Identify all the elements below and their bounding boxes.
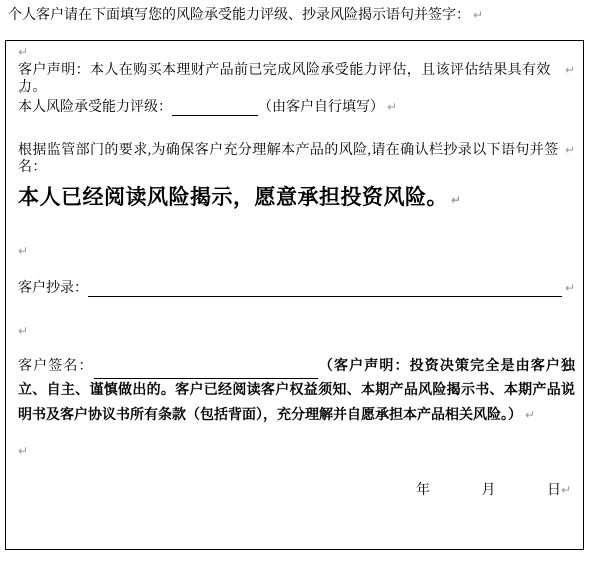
signature-paragraph: 客户签名：（客户声明：投资决策完全是由客户独立、自主、谨慎做出的。客户已经阅读客… — [18, 355, 575, 428]
risk-rating-input[interactable] — [172, 101, 258, 116]
instruction-line: 根据监管部门的要求,为确保客户充分理解本产品的风险,请在确认栏抄录以下语句并签名… — [18, 142, 575, 176]
paragraph-mark-icon: ↵ — [561, 483, 571, 497]
date-line: 年 月 日↵ — [18, 482, 575, 499]
signature-input[interactable] — [94, 364, 318, 379]
paragraph-mark-icon: ↵ — [565, 280, 575, 297]
client-declaration-line: 客户声明：本人在购买本理财产品前已完成风险承受能力评估，且该评估结果具有效力。 … — [18, 62, 575, 96]
client-copy-label: 客户抄录： — [18, 280, 88, 297]
paragraph-mark-icon: ↵ — [18, 45, 28, 59]
paragraph-mark-icon: ↵ — [473, 8, 483, 22]
paragraph-mark-icon: ↵ — [18, 324, 28, 338]
date-day-label: 日 — [547, 483, 561, 498]
date-year-label: 年 — [416, 483, 430, 498]
form-header: 个人客户请在下面填写您的风险承受能力评级、抄录风险揭示语句并签字：↵ — [8, 6, 483, 25]
document-page: 个人客户请在下面填写您的风险承受能力评级、抄录风险揭示语句并签字：↵ ↵ 客户声… — [0, 0, 592, 569]
risk-statement-text: 本人已经阅读风险揭示，愿意承担投资风险。 — [18, 185, 448, 209]
signature-form-box: ↵ 客户声明：本人在购买本理财产品前已完成风险承受能力评估，且该评估结果具有效力… — [5, 40, 584, 550]
signature-label: 客户签名： — [18, 359, 94, 374]
risk-statement-line: 本人已经阅读风险揭示，愿意承担投资风险。↵ — [18, 184, 575, 213]
risk-rating-hint: （由客户自行填写） — [258, 100, 384, 115]
paragraph-mark-icon: ↵ — [525, 408, 535, 422]
risk-rating-line: 本人风险承受能力评级：（由客户自行填写）↵ — [18, 99, 575, 116]
instruction-text: 根据监管部门的要求,为确保客户充分理解本产品的风险,请在确认栏抄录以下语句并签名… — [18, 142, 565, 176]
date-month-label: 月 — [481, 483, 495, 498]
paragraph-mark-icon: ↵ — [18, 244, 28, 258]
risk-rating-label: 本人风险承受能力评级： — [18, 100, 172, 115]
form-header-text: 个人客户请在下面填写您的风险承受能力评级、抄录风险揭示语句并签字： — [8, 8, 470, 23]
paragraph-mark-icon: ↵ — [451, 193, 462, 207]
client-copy-line: 客户抄录： ↵ — [18, 280, 575, 297]
client-copy-input[interactable] — [88, 282, 562, 297]
paragraph-mark-icon: ↵ — [18, 444, 28, 458]
client-declaration-text: 客户声明：本人在购买本理财产品前已完成风险承受能力评估，且该评估结果具有效力。 — [18, 62, 565, 96]
paragraph-mark-icon: ↵ — [565, 142, 575, 159]
paragraph-mark-icon: ↵ — [565, 62, 575, 79]
paragraph-mark-icon: ↵ — [18, 84, 28, 98]
paragraph-mark-icon: ↵ — [387, 100, 397, 114]
